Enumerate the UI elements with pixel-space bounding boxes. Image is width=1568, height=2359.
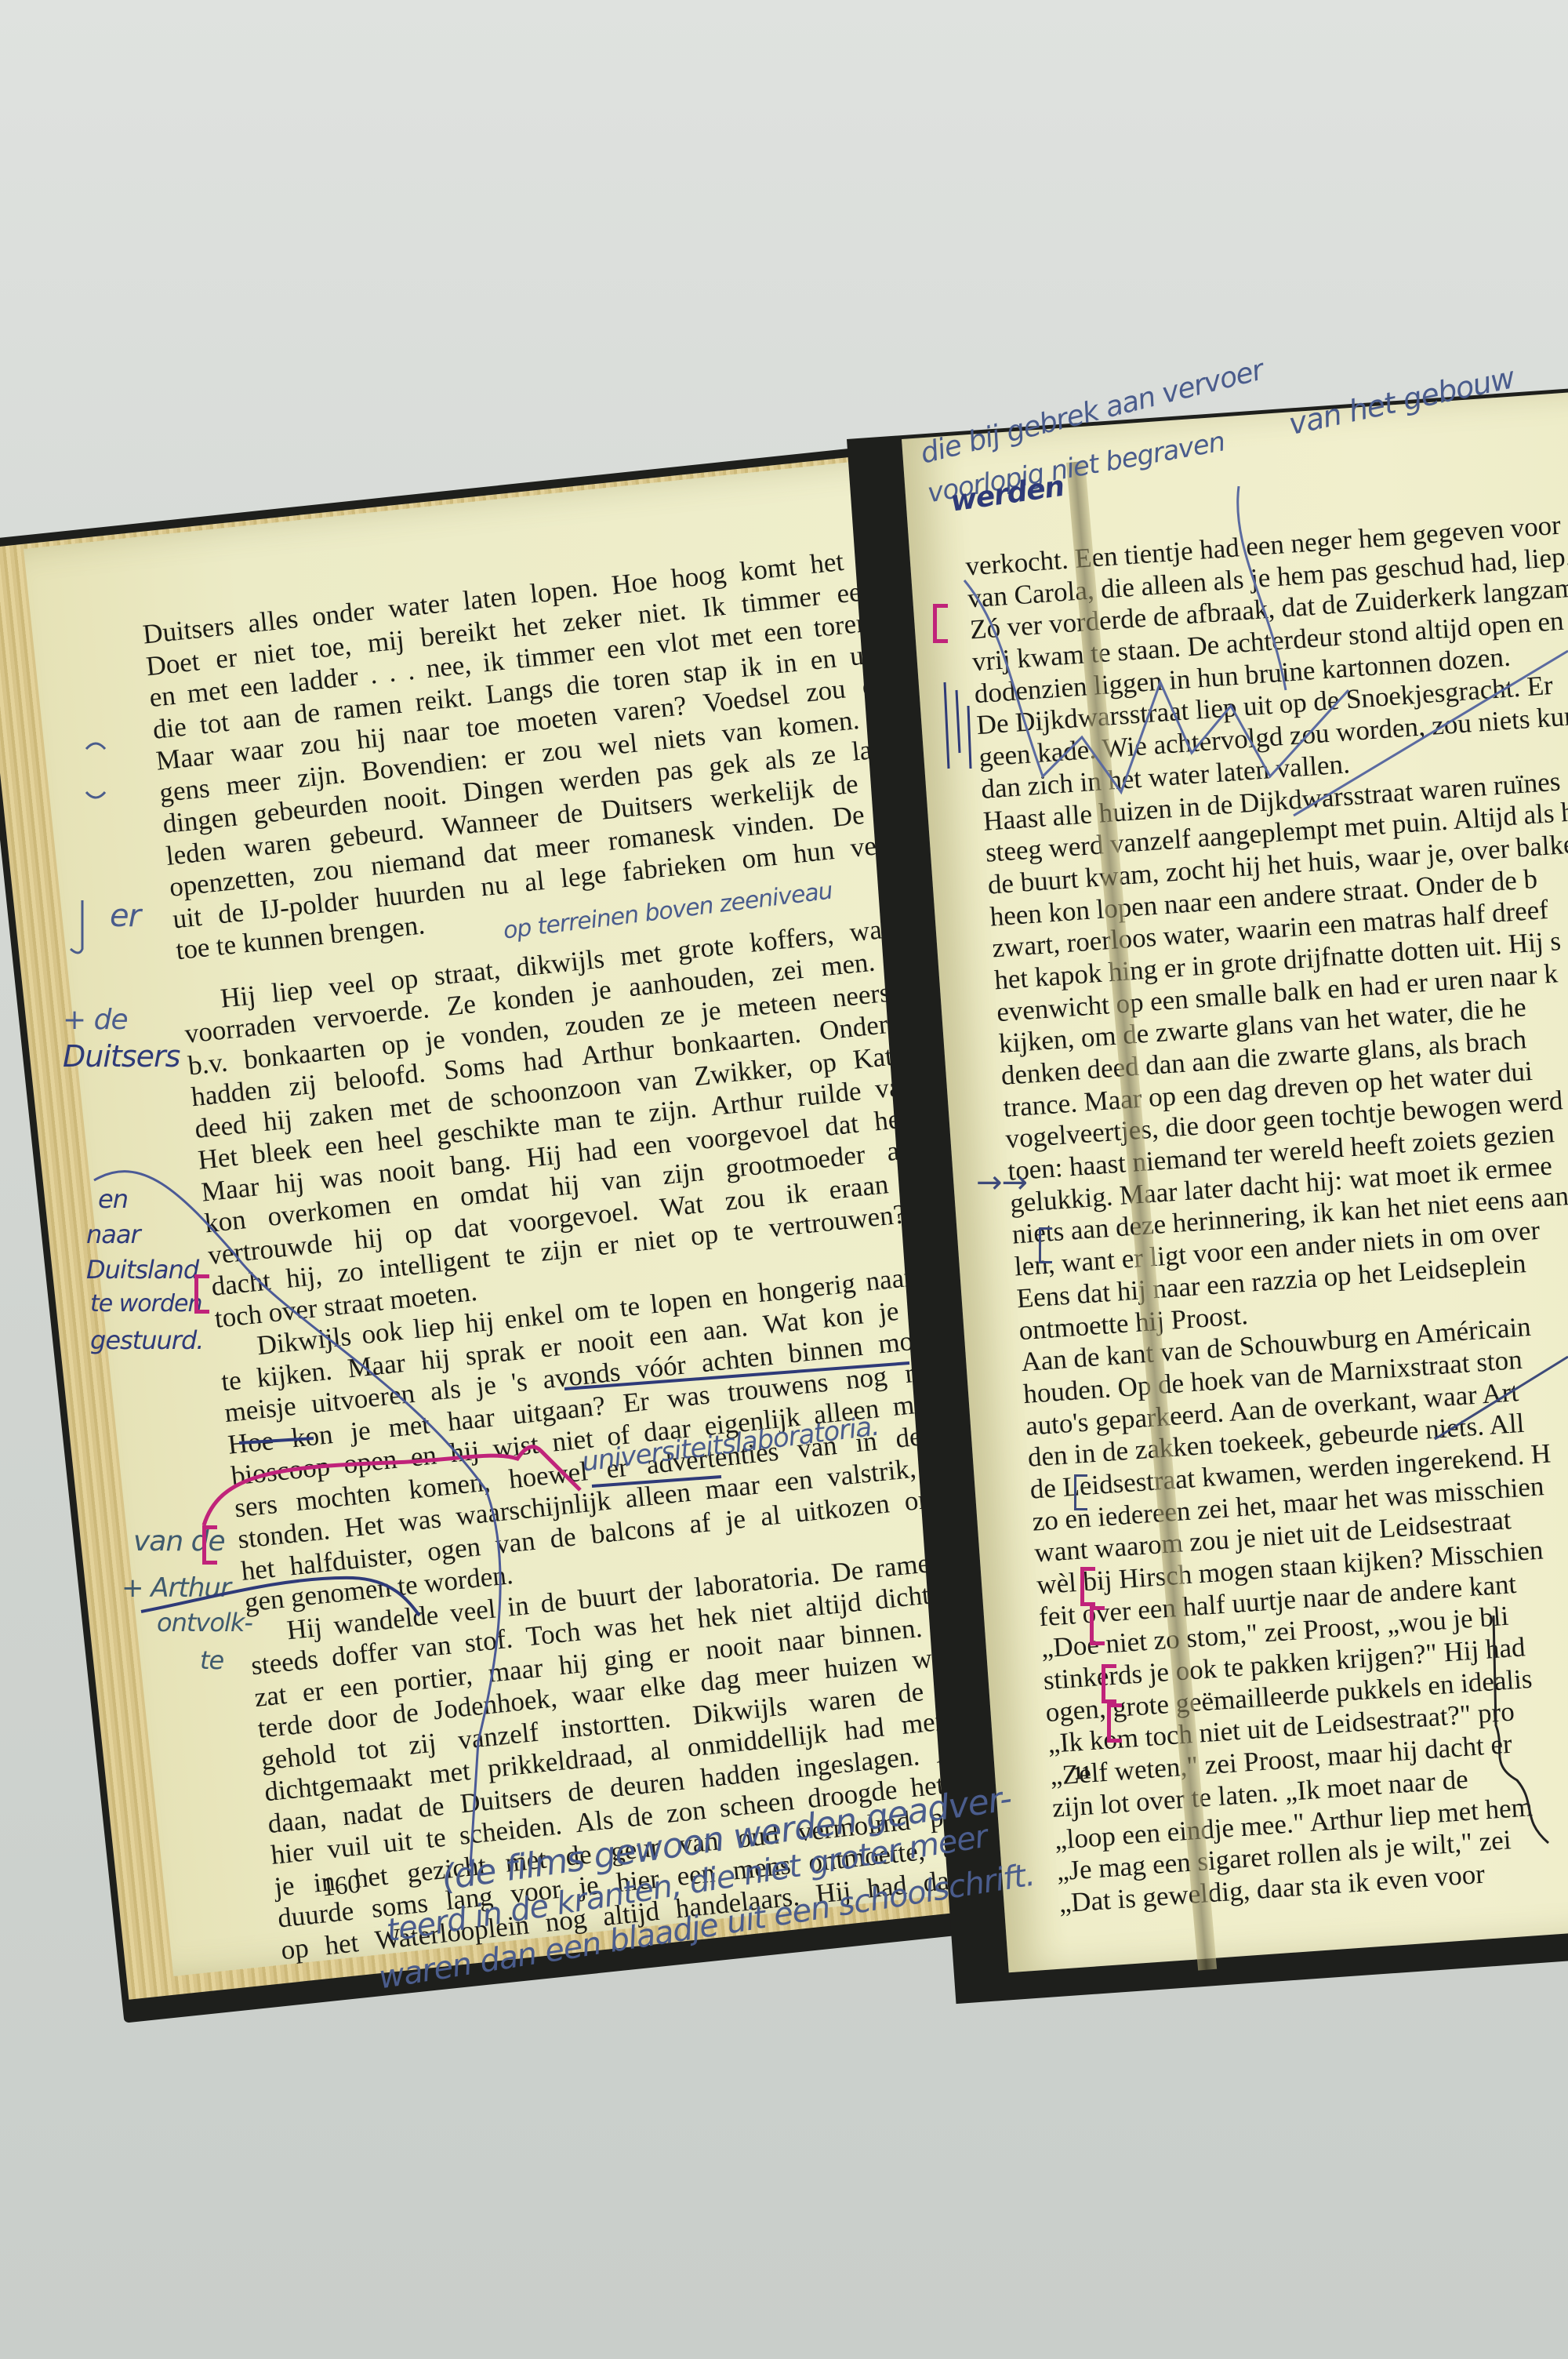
word: ik <box>739 650 764 684</box>
word: ogen <box>426 1531 482 1568</box>
word: zou <box>804 674 848 710</box>
annotation-naar-duitsland-4: te worden <box>90 1290 202 1318</box>
word: een <box>323 1128 365 1163</box>
blue-bracket <box>1039 1227 1052 1263</box>
word: en <box>148 680 177 714</box>
word: Doet <box>144 645 201 682</box>
word: De <box>831 799 866 834</box>
word: nu <box>479 868 510 903</box>
word: vuil <box>325 1830 371 1866</box>
word: mij <box>366 624 406 660</box>
word: die <box>151 711 188 746</box>
word: nooit <box>575 1323 635 1361</box>
word: was <box>397 1503 442 1539</box>
word: de <box>566 1774 595 1808</box>
word: niet <box>252 635 296 671</box>
word: had <box>843 1712 886 1748</box>
word: zat <box>253 1679 289 1714</box>
word: op <box>403 1216 434 1251</box>
word: pas <box>655 753 695 788</box>
word: een <box>648 1318 689 1353</box>
word: Wat <box>659 1188 705 1224</box>
word: daan, <box>267 1802 328 1840</box>
word: toe <box>465 710 502 745</box>
word: te <box>503 1238 526 1272</box>
word: er <box>503 739 527 772</box>
blue-bracket <box>1074 1474 1087 1510</box>
word: op <box>380 1027 411 1062</box>
word: de <box>391 1697 420 1732</box>
arrow-annotation: →→ <box>976 1165 1027 1201</box>
word: van <box>600 1162 643 1198</box>
word: hij, <box>285 1259 324 1295</box>
word: het <box>648 1605 685 1641</box>
word: met <box>710 620 753 656</box>
word: hij <box>274 1166 306 1201</box>
word: op <box>279 1932 310 1966</box>
word: niet <box>633 1223 677 1259</box>
word: te <box>220 1364 242 1398</box>
word: zijn <box>539 1233 583 1269</box>
word: 's <box>510 1366 529 1399</box>
word: in <box>506 1590 530 1623</box>
word: Het <box>343 1509 386 1545</box>
word: veel <box>327 967 376 1003</box>
word: kon <box>203 1204 247 1240</box>
word: gek <box>707 747 750 783</box>
word: er <box>596 1229 620 1263</box>
magenta-bracket <box>1090 1606 1105 1645</box>
word: die <box>564 667 601 703</box>
word: er <box>666 1637 691 1670</box>
word: liep <box>270 973 314 1009</box>
word: al <box>648 1734 671 1768</box>
word: vlot <box>655 625 700 661</box>
word: b.v. <box>187 1046 229 1082</box>
word: je <box>877 1295 900 1329</box>
word: in <box>774 646 798 680</box>
word: zou <box>311 852 354 889</box>
word: van <box>410 1630 453 1666</box>
word: gens <box>158 772 211 809</box>
word: van <box>494 1525 537 1561</box>
annotation-de-duitsers-2: Duitsers <box>63 1039 180 1074</box>
word: niets <box>652 720 707 757</box>
word: je <box>699 994 722 1028</box>
word: al <box>759 1499 782 1532</box>
word: te <box>619 1290 641 1324</box>
word: hij <box>419 1342 452 1376</box>
word: dag <box>699 1663 742 1699</box>
word: van <box>720 714 764 750</box>
word: nooit. <box>382 779 448 817</box>
page-number-left: 160 <box>321 1870 362 1903</box>
word: je <box>273 1870 296 1903</box>
word: toe, <box>309 630 352 666</box>
word: en <box>409 1439 438 1474</box>
word: zijn <box>661 1156 705 1192</box>
word: heel <box>376 1121 424 1158</box>
word: Ik <box>701 590 727 623</box>
word: . <box>406 655 416 687</box>
word: door <box>326 1701 379 1738</box>
word: dat <box>452 1211 489 1246</box>
word: met <box>186 674 230 711</box>
word: op <box>389 962 419 997</box>
word: er <box>539 1330 563 1364</box>
annotation-ontvolkte-2: te <box>200 1645 223 1675</box>
word: open <box>342 1444 398 1481</box>
word: nee, <box>425 649 473 685</box>
annotation-naar-duitsland-5: gestuurd. <box>90 1325 203 1355</box>
word: je <box>423 1023 446 1057</box>
word: met <box>619 936 662 972</box>
word: wel <box>596 727 639 763</box>
word: vóór <box>634 1350 688 1387</box>
word: hij <box>262 1103 294 1138</box>
word: hun <box>792 834 836 871</box>
word: van <box>636 1063 679 1099</box>
word: en <box>411 1183 440 1218</box>
word: man <box>552 1103 602 1140</box>
annotation-de-duitsers-1: + de <box>63 1004 128 1036</box>
word: af <box>688 1507 712 1540</box>
word: stof. <box>463 1623 514 1660</box>
word: hij <box>549 1169 581 1203</box>
word: Hoe <box>227 1425 275 1461</box>
word: zijn. <box>647 1092 698 1129</box>
annotation-ontvolkte-1: ontvolk- <box>157 1608 252 1637</box>
word: waar <box>229 732 285 769</box>
word: hij <box>355 722 387 756</box>
word: kon <box>290 1419 334 1455</box>
word: zou <box>540 733 583 769</box>
annotation-arthur: + Arthur <box>122 1572 230 1604</box>
word: de <box>416 1790 445 1824</box>
word: het <box>808 546 845 581</box>
word: laten <box>462 580 518 617</box>
word: op <box>689 1218 720 1252</box>
word: wist <box>492 1429 540 1465</box>
word: . <box>368 659 379 691</box>
word: aan. <box>701 1311 749 1347</box>
word: der <box>646 1573 684 1608</box>
magenta-bracket <box>1080 1567 1095 1606</box>
word: zij <box>407 1727 437 1761</box>
word: er <box>301 1675 325 1709</box>
word: tot <box>198 706 230 740</box>
word: Hij <box>219 980 257 1015</box>
word: uit <box>171 900 203 935</box>
word: je <box>474 1369 497 1403</box>
word: met <box>387 1408 430 1445</box>
word: naar <box>401 715 451 752</box>
word: hij <box>448 1435 481 1470</box>
word: een <box>238 669 280 704</box>
word: elke <box>638 1669 687 1705</box>
word: hij <box>353 1221 385 1256</box>
word: als <box>429 1373 463 1408</box>
annotation-er: er <box>110 898 140 934</box>
word: deed <box>193 1108 248 1145</box>
word: tot <box>356 1732 388 1767</box>
word: lege <box>559 858 608 894</box>
word: en <box>809 642 838 677</box>
word: de <box>216 896 245 931</box>
word: zei <box>770 954 805 989</box>
word: je <box>349 1415 372 1448</box>
word: dicht <box>873 1579 931 1617</box>
word: ze <box>810 738 837 772</box>
word: stap <box>681 654 728 690</box>
word: sers <box>233 1488 278 1524</box>
open-book: Duitsersallesonderwaterlatenlopen.Hoehoo… <box>0 0 1568 2359</box>
word: als <box>763 743 797 777</box>
word: ik <box>785 1177 809 1211</box>
word: was <box>593 1610 638 1646</box>
word: de <box>830 768 859 802</box>
word: een <box>773 1463 815 1499</box>
word: zijn. <box>296 758 347 794</box>
annotation-naar-duitsland-2: naar <box>86 1219 140 1249</box>
word: De <box>829 1554 865 1590</box>
word: ik <box>481 645 506 679</box>
word: te <box>613 1100 636 1133</box>
word: Hoe <box>610 565 659 602</box>
word: met <box>388 1089 432 1125</box>
magenta-bracket <box>933 604 948 643</box>
word: zaken <box>307 1095 374 1133</box>
word: de <box>896 1676 925 1710</box>
word: het <box>323 1927 360 1962</box>
word: een <box>338 1669 379 1704</box>
word: de <box>292 696 321 731</box>
word: het <box>240 1552 277 1587</box>
word: de <box>446 1084 475 1118</box>
word: een <box>605 631 647 666</box>
annotation-naar-duitsland-3: Duitsland <box>86 1255 198 1285</box>
magenta-bracket <box>1107 1703 1122 1743</box>
word: maar <box>703 1469 761 1507</box>
word: een <box>762 614 804 649</box>
word: zij <box>288 1069 318 1103</box>
page-number-right: 11 <box>1073 1762 1092 1785</box>
word: liep <box>412 1310 456 1346</box>
word: zo <box>336 1256 365 1290</box>
word: ging <box>602 1641 654 1677</box>
word: op <box>808 1046 838 1081</box>
word: Hij <box>285 1611 324 1646</box>
right-page-text: verkocht. Een tientje had een neger hem … <box>964 491 1568 1920</box>
word: veel <box>448 1593 497 1629</box>
word: de <box>539 1586 568 1620</box>
word: er <box>214 642 238 675</box>
word: Wat <box>761 1305 808 1341</box>
word: al <box>523 864 546 898</box>
word: een <box>631 1127 673 1162</box>
word: te <box>424 1822 447 1856</box>
word: had <box>575 1133 619 1169</box>
word: alles <box>246 603 299 640</box>
magenta-bracket <box>194 1274 209 1314</box>
word: haar <box>446 1401 496 1438</box>
word: niet. <box>637 594 688 631</box>
word: Het <box>197 1141 240 1177</box>
word: de <box>548 1521 577 1555</box>
word: hek <box>695 1599 739 1635</box>
word: je <box>590 974 612 1008</box>
word: en <box>720 1279 749 1314</box>
magenta-bracket <box>1102 1664 1116 1703</box>
word: het <box>511 609 548 644</box>
word: om <box>573 1293 612 1329</box>
word: niet <box>749 1594 793 1630</box>
word: hij <box>463 1306 495 1340</box>
word: Hij <box>524 1139 563 1174</box>
word: . <box>387 656 397 689</box>
word: kon <box>821 1299 865 1335</box>
magenta-bracket <box>202 1525 217 1565</box>
word: bleek <box>250 1133 313 1171</box>
word: je <box>724 1503 747 1536</box>
word: meer <box>753 1656 811 1693</box>
word: te <box>732 1215 755 1249</box>
word: uit <box>382 1825 414 1859</box>
word: om <box>740 840 779 875</box>
word: dat <box>481 835 518 871</box>
word: ook <box>360 1315 404 1351</box>
word: zou <box>724 1181 767 1217</box>
word: aan <box>241 701 282 736</box>
word: Ze <box>445 988 477 1023</box>
word: naar <box>776 1622 826 1659</box>
word: was <box>666 1379 711 1415</box>
word: nog <box>844 1360 888 1396</box>
word: zou <box>299 726 342 762</box>
annotation-naar-duitsland-1: en <box>98 1184 128 1214</box>
word: met <box>427 1755 471 1791</box>
word: hij <box>557 1647 590 1681</box>
word: Maar <box>200 1171 261 1209</box>
word: Er <box>622 1385 651 1419</box>
word: had <box>521 1043 564 1079</box>
word: de <box>555 797 584 831</box>
word: ze <box>659 998 686 1033</box>
word: was <box>318 1160 364 1196</box>
word: hier <box>270 1836 315 1872</box>
word: dat <box>823 1107 860 1143</box>
word: waar <box>570 1675 626 1712</box>
